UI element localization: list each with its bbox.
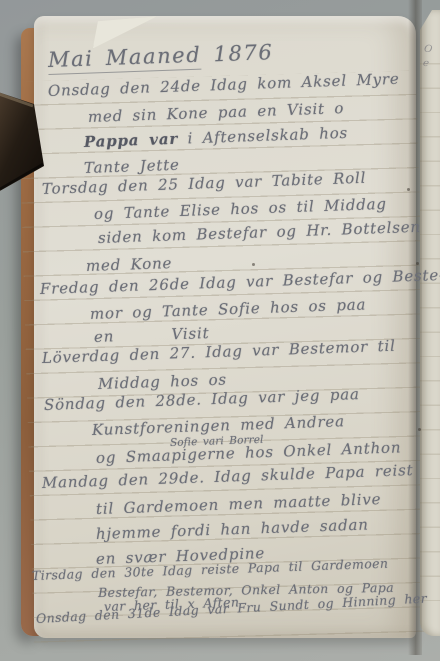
title-year: 1876	[213, 40, 274, 66]
entry-line: med Kone	[86, 256, 173, 274]
page-title: Mai Maaned 1876	[48, 42, 274, 71]
entry-line: Tante Jette	[84, 158, 180, 176]
ink-speck	[416, 262, 419, 265]
entry-line: Mandag den 29de. Idag skulde Papa reist	[42, 463, 414, 491]
entry-line: til Gardemoen men maatte blive	[96, 492, 382, 517]
entry-line: hjemme fordi han havde sadan	[96, 517, 369, 542]
ink-speck	[418, 428, 421, 431]
entry-line: Middag hos os	[98, 373, 227, 392]
entry-line-rest: i Aftenselskab hos	[178, 124, 349, 148]
ink-speck	[252, 263, 255, 266]
entry-line: Tirsdag den 30te Idag reiste Papa til Ga…	[32, 558, 389, 583]
next-page-ink-fragment: e	[422, 58, 430, 70]
ink-speck	[407, 188, 410, 191]
next-page-ink-fragment: O	[423, 43, 433, 55]
photo-background: Mai Maaned 1876 Onsdag den 24de Idag kom…	[0, 0, 440, 661]
overwritten-words: Pappa var	[84, 130, 179, 151]
entry-line: siden kom Bestefar og Hr. Bottelsen	[98, 220, 421, 246]
entry-line: Pappa var i Aftenselskab hos	[84, 126, 349, 150]
entry-line: Onsdag den 24de Idag kom Aksel Myre	[48, 72, 400, 99]
entry-line: med sin Kone paa en Visit o	[88, 101, 345, 125]
handwriting-layer: Mai Maaned 1876 Onsdag den 24de Idag kom…	[0, 0, 440, 661]
entry-line: Söndag den 28de. Idag var jeg paa	[44, 387, 360, 413]
leather-strap-icon	[0, 86, 56, 204]
entry-line: en Visit	[94, 326, 210, 345]
entry-line: mor og Tante Sofie hos os paa	[90, 297, 367, 322]
title-underlined-text: Mai Maaned	[48, 43, 202, 75]
entry-line: og Tante Elise hos os til Middag	[94, 197, 387, 222]
